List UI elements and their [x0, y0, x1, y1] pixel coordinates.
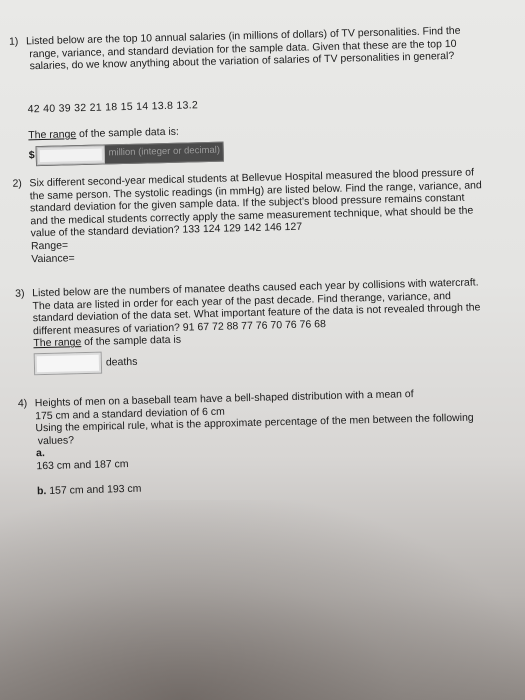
- part-b-text: 157 cm and 193 cm: [49, 482, 141, 496]
- worksheet-page: 1) Listed below are the top 10 annual sa…: [0, 0, 525, 700]
- q1-answer: The range of the sample data is: $ milli…: [28, 125, 224, 166]
- question-number: 2): [12, 178, 22, 191]
- question-4: 4) Heights of men on a baseball team hav…: [18, 387, 476, 498]
- range-answer-group: million (integer or decimal): [35, 141, 224, 166]
- part-b-label: b.: [37, 485, 47, 497]
- dollar-sign: $: [29, 149, 35, 162]
- question-1: 1) Listed below are the top 10 annual sa…: [9, 25, 461, 74]
- unit-note: million (integer or decimal): [104, 145, 223, 160]
- salary-data: 42 40 39 32 21 18 15 14 13.8 13.2: [28, 99, 199, 115]
- unit-label: deaths: [106, 355, 138, 368]
- question-number: 3): [15, 287, 25, 300]
- question-number: 4): [18, 397, 28, 410]
- range-prompt: The range of the sample data is:: [28, 125, 223, 142]
- question-2: 2) Six different second-year medical stu…: [12, 166, 483, 266]
- deaths-range-input[interactable]: [34, 352, 103, 376]
- question-3: 3) Listed below are the numbers of manat…: [15, 276, 482, 375]
- question-number: 1): [9, 36, 19, 49]
- range-input[interactable]: [36, 145, 104, 165]
